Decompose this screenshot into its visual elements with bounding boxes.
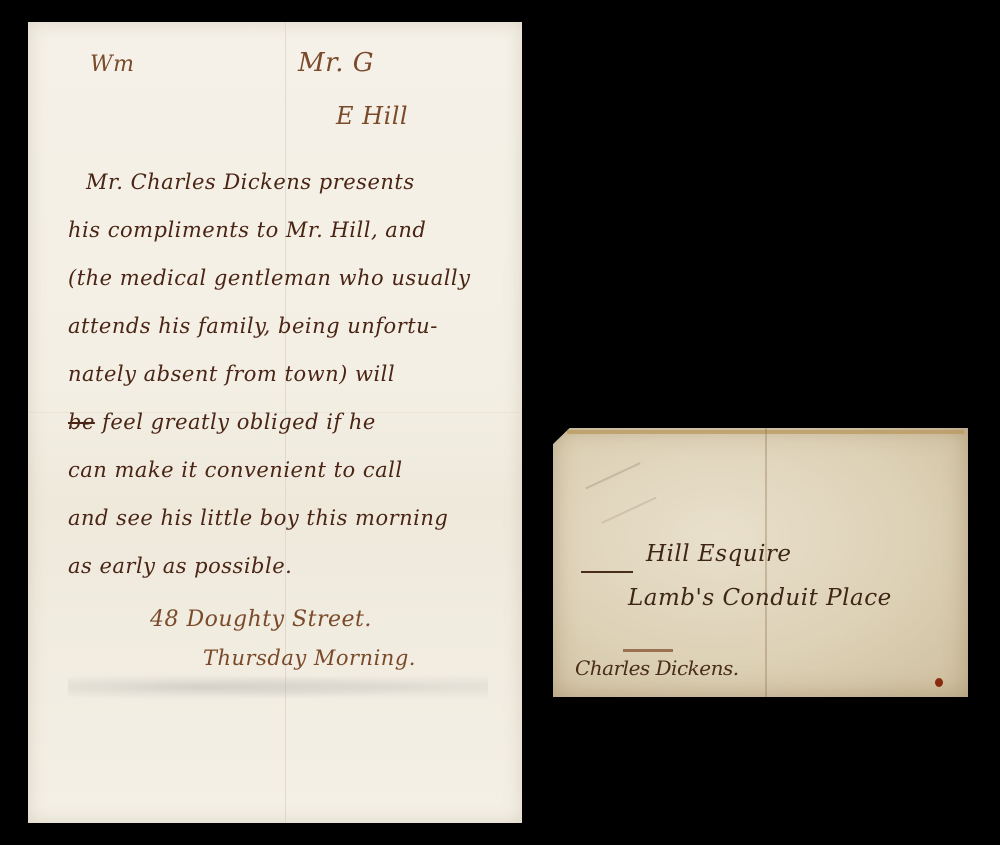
- body-line-5: nately absent from town) will: [68, 362, 395, 386]
- body-line-4: attends his family, being unfortu-: [68, 314, 438, 338]
- letter-dateline: Thursday Morning.: [203, 646, 416, 670]
- envelope: Hill Esquire Lamb's Conduit Place Charle…: [553, 428, 968, 697]
- rust-stain: [935, 678, 943, 687]
- body-line-6-text: feel greatly obliged if he: [102, 410, 376, 434]
- body-line-7: can make it convenient to call: [68, 458, 403, 482]
- body-line-6: be feel greatly obliged if he: [68, 410, 376, 434]
- body-line-9: as early as possible.: [68, 554, 292, 578]
- struck-out-word: be: [68, 410, 95, 434]
- address-dash: [581, 571, 633, 573]
- envelope-address: Lamb's Conduit Place: [628, 585, 892, 611]
- signature-underline: [623, 649, 673, 652]
- docket-right: Mr. G: [298, 48, 374, 78]
- envelope-recipient: Hill Esquire: [646, 541, 792, 567]
- docket-left: Wm: [90, 52, 134, 77]
- letter-address: 48 Doughty Street.: [150, 607, 372, 632]
- faint-pencil-mark: [585, 462, 656, 524]
- letter-page: Wm Mr. G E Hill Mr. Charles Dickens pres…: [28, 22, 522, 823]
- ink-smudge: [68, 672, 488, 702]
- body-line-2: his compliments to Mr. Hill, and: [68, 218, 426, 242]
- body-line-8: and see his little boy this morning: [68, 506, 448, 530]
- body-line-1: Mr. Charles Dickens presents: [86, 170, 415, 194]
- docket-name: E Hill: [336, 102, 408, 130]
- body-line-3: (the medical gentleman who usually: [68, 266, 471, 290]
- envelope-signature: Charles Dickens.: [575, 656, 739, 680]
